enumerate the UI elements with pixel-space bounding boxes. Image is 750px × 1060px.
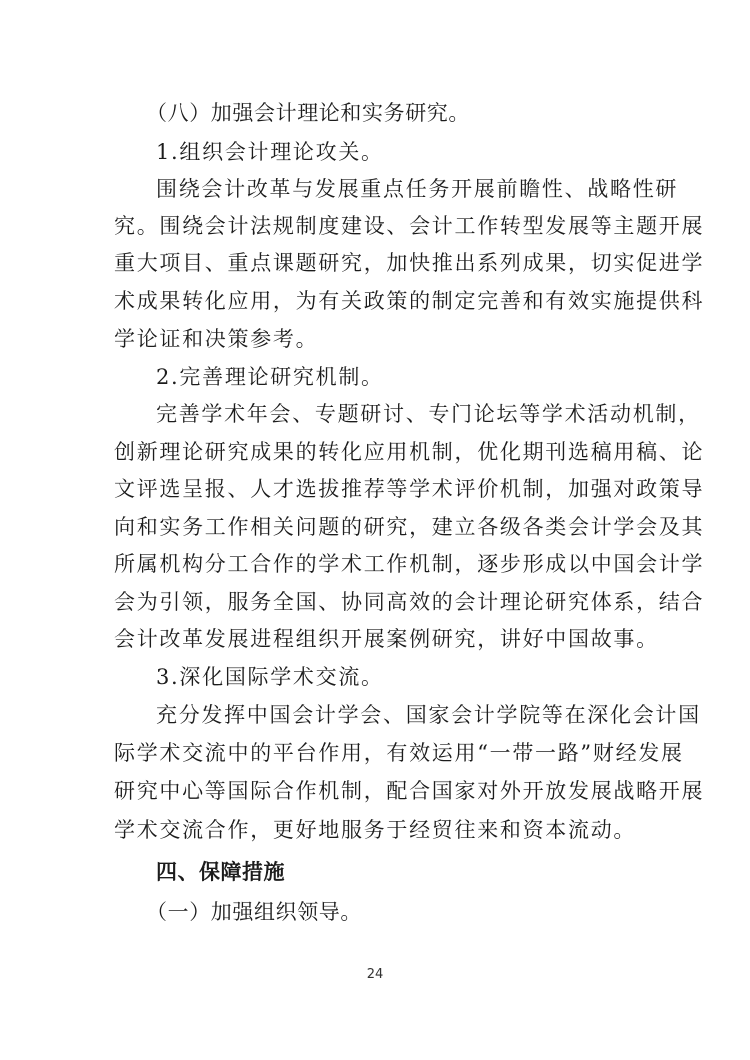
paragraph-line: 术成果转化应用，为有关政策的制定完善和有效实施提供科 xyxy=(114,286,654,316)
item-heading-2: 2.完善理论研究机制。 xyxy=(156,362,696,392)
item-heading-3: 3.深化国际学术交流。 xyxy=(156,662,696,692)
paragraph-line: 学论证和决策参考。 xyxy=(114,324,654,354)
chapter-heading-4: 四、保障措施 xyxy=(156,857,696,887)
section-heading-8: （八）加强会计理论和实务研究。 xyxy=(146,98,686,128)
paragraph-line: 会计改革发展进程组织开展案例研究，讲好中国故事。 xyxy=(114,624,654,654)
paragraph-line: 会为引领，服务全国、协同高效的会计理论研究体系，结合 xyxy=(114,587,654,617)
paragraph-line: 向和实务工作相关问题的研究，建立各级各类会计学会及其 xyxy=(114,512,654,542)
document-page: （八）加强会计理论和实务研究。 1.组织会计理论攻关。 围绕会计改革与发展重点任… xyxy=(0,0,750,1060)
paragraph-line: 完善学术年会、专题研讨、专门论坛等学术活动机制， xyxy=(156,399,696,429)
paragraph-line: 重大项目、重点课题研究，加快推出系列成果，切实促进学 xyxy=(114,248,654,278)
paragraph-line: 围绕会计改革与发展重点任务开展前瞻性、战略性研 xyxy=(156,174,696,204)
paragraph-line: 学术交流合作，更好地服务于经贸往来和资本流动。 xyxy=(114,815,654,845)
page-number: 24 xyxy=(0,965,750,985)
paragraph-line: 际学术交流中的平台作用，有效运用“一带一路”财经发展 xyxy=(114,738,654,768)
paragraph-line: 究。围绕会计法规制度建设、会计工作转型发展等主题开展 xyxy=(114,211,654,241)
paragraph-line: 研究中心等国际合作机制，配合国家对外开放发展战略开展 xyxy=(114,776,654,806)
item-heading-1: 1.组织会计理论攻关。 xyxy=(156,137,696,167)
paragraph-line: 文评选呈报、人才选拔推荐等学术评价机制，加强对政策导 xyxy=(114,474,654,504)
section-heading-1: （一）加强组织领导。 xyxy=(146,897,686,927)
paragraph-line: 所属机构分工合作的学术工作机制，逐步形成以中国会计学 xyxy=(114,549,654,579)
paragraph-line: 创新理论研究成果的转化应用机制，优化期刊选稿用稿、论 xyxy=(114,437,654,467)
paragraph-line: 充分发挥中国会计学会、国家会计学院等在深化会计国 xyxy=(156,700,696,730)
